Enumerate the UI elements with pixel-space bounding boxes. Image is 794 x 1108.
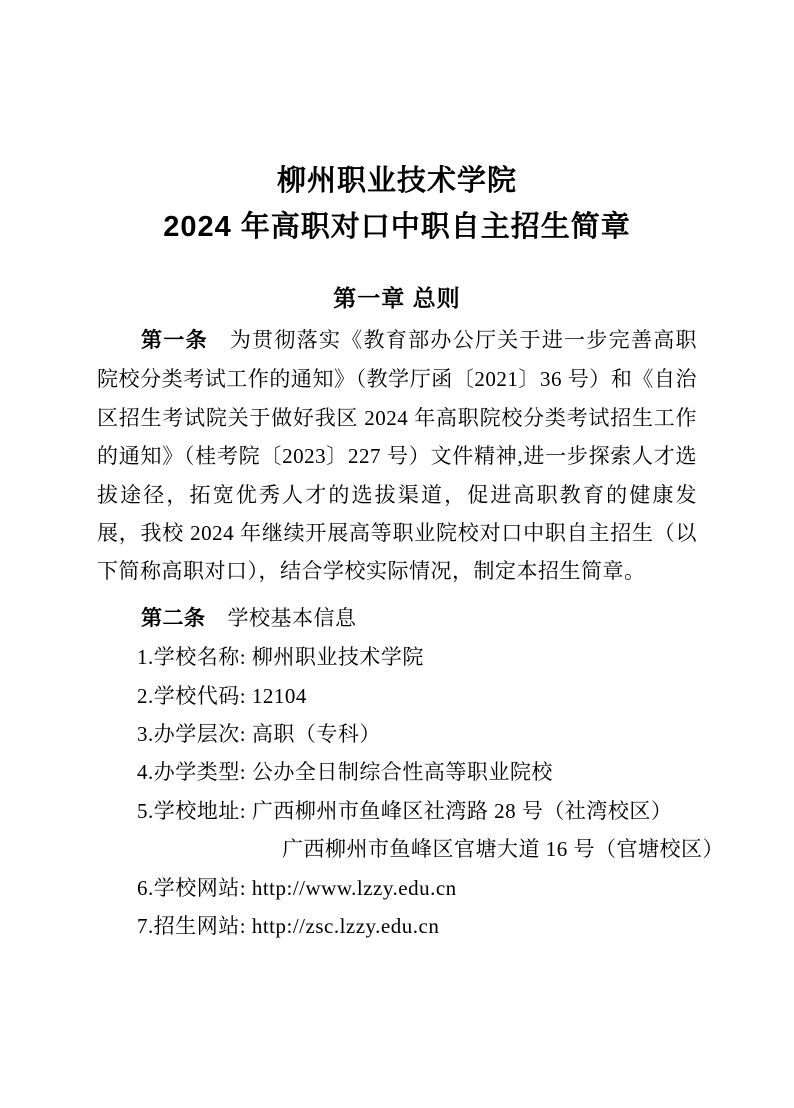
document-title-line1: 柳州职业技术学院 <box>97 158 697 204</box>
school-website-item: 6.学校网站: http://www.lzzy.edu.cn <box>137 869 697 907</box>
document-content: 柳州职业技术学院 2024 年高职对口中职自主招生简章 第一章 总则 第一条为贯… <box>0 158 794 946</box>
document-page: 柳州职业技术学院 2024 年高职对口中职自主招生简章 第一章 总则 第一条为贯… <box>0 0 794 1108</box>
article-2-title: 学校基本信息 <box>228 606 357 630</box>
document-title-line2: 2024 年高职对口中职自主招生简章 <box>97 204 697 250</box>
article-1-text: 为贯彻落实《教育部办公厅关于进一步完善高职院校分类考试工作的通知》（教学厅函〔2… <box>97 328 697 583</box>
school-address-item-line1: 5.学校地址: 广西柳州市鱼峰区社湾路 28 号（社湾校区） <box>137 792 697 830</box>
school-name-item: 1.学校名称: 柳州职业技术学院 <box>137 638 697 676</box>
school-code-item: 2.学校代码: 12104 <box>137 677 697 715</box>
school-info-list: 1.学校名称: 柳州职业技术学院 2.学校代码: 12104 3.办学层次: 高… <box>97 638 697 945</box>
article-1-label: 第一条 <box>141 329 208 352</box>
article-2-label: 第二条 <box>141 607 206 630</box>
article-1-paragraph: 第一条为贯彻落实《教育部办公厅关于进一步完善高职院校分类考试工作的通知》（教学厅… <box>97 321 697 591</box>
school-level-item: 3.办学层次: 高职（专科） <box>137 715 697 753</box>
chapter-1-heading: 第一章 总则 <box>97 284 697 312</box>
school-type-item: 4.办学类型: 公办全日制综合性高等职业院校 <box>137 753 697 791</box>
article-2-heading: 第二条学校基本信息 <box>97 599 697 638</box>
school-address-item-line2: 广西柳州市鱼峰区官塘大道 16 号（官塘校区） <box>137 830 697 868</box>
admission-website-item: 7.招生网站: http://zsc.lzzy.edu.cn <box>137 907 697 945</box>
